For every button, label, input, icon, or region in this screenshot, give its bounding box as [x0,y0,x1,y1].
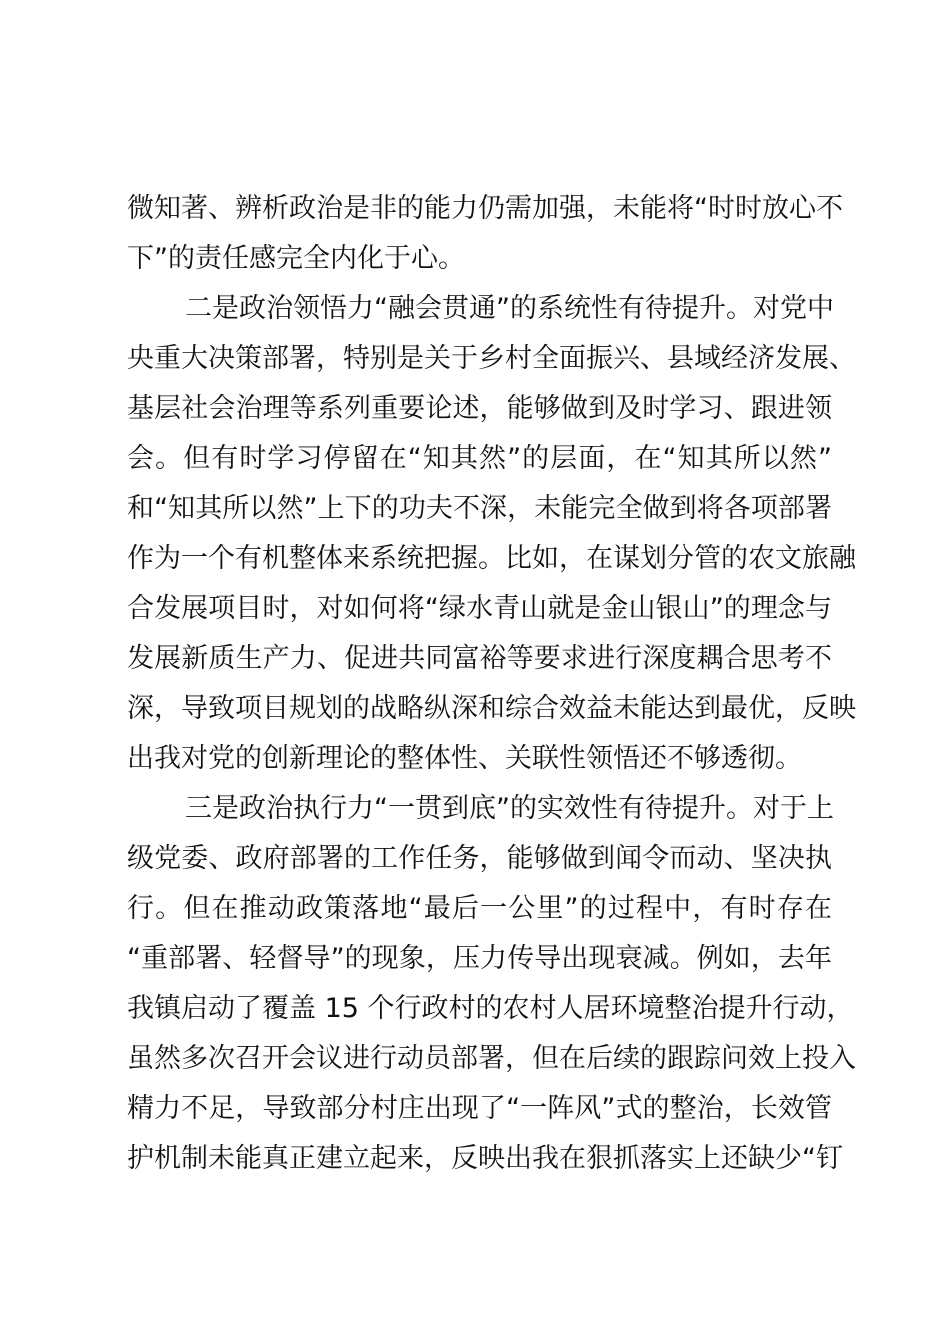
text-line: 央重大决策部署，特别是关于乡村全面振兴、县域经济发展、 [127,334,832,384]
text-line: 出我对党的创新理论的整体性、关联性领悟还不够透彻。 [127,734,832,784]
text-line: 下”的责任感完全内化于心。 [127,234,832,284]
text-line: 和“知其所以然”上下的功夫不深，未能完全做到将各项部署 [127,484,832,534]
text-line: 微知著、辨析政治是非的能力仍需加强，未能将“时时放心不 [127,184,832,234]
document-body: 微知著、辨析政治是非的能力仍需加强，未能将“时时放心不 下”的责任感完全内化于心… [127,184,832,1184]
text-line: 会。但有时学习停留在“知其然”的层面，在“知其所以然” [127,434,832,484]
text-line: 行。但在推动政策落地“最后一公里”的过程中，有时存在 [127,884,832,934]
text-line: 护机制未能真正建立起来，反映出我在狠抓落实上还缺少“钉 [127,1134,832,1184]
text-line: 虽然多次召开会议进行动员部署，但在后续的跟踪问效上投入 [127,1034,832,1084]
text-line: 深，导致项目规划的战略纵深和综合效益未能达到最优，反映 [127,684,832,734]
text-line: 合发展项目时，对如何将“绿水青山就是金山银山”的理念与 [127,584,832,634]
text-line: 精力不足，导致部分村庄出现了“一阵风”式的整治，长效管 [127,1084,832,1134]
text-line: 作为一个有机整体来系统把握。比如，在谋划分管的农文旅融 [127,534,832,584]
paragraph-first-line: 三是政治执行力“一贯到底”的实效性有待提升。对于上 [127,784,832,834]
text-line: 我镇启动了覆盖 15 个行政村的农村人居环境整治提升行动， [127,984,832,1034]
paragraph-continuation: 微知著、辨析政治是非的能力仍需加强，未能将“时时放心不 下”的责任感完全内化于心… [127,184,832,284]
paragraph-political-execution: 三是政治执行力“一贯到底”的实效性有待提升。对于上 级党委、政府部署的工作任务，… [127,784,832,1184]
text-line: 发展新质生产力、促进共同富裕等要求进行深度耦合思考不 [127,634,832,684]
text-line: 基层社会治理等系列重要论述，能够做到及时学习、跟进领 [127,384,832,434]
paragraph-first-line: 二是政治领悟力“融会贯通”的系统性有待提升。对党中 [127,284,832,334]
paragraph-political-comprehension: 二是政治领悟力“融会贯通”的系统性有待提升。对党中 央重大决策部署，特别是关于乡… [127,284,832,784]
text-line: “重部署、轻督导”的现象，压力传导出现衰减。例如，去年 [127,934,832,984]
document-page: 微知著、辨析政治是非的能力仍需加强，未能将“时时放心不 下”的责任感完全内化于心… [0,0,950,1344]
text-line: 级党委、政府部署的工作任务，能够做到闻令而动、坚决执 [127,834,832,884]
